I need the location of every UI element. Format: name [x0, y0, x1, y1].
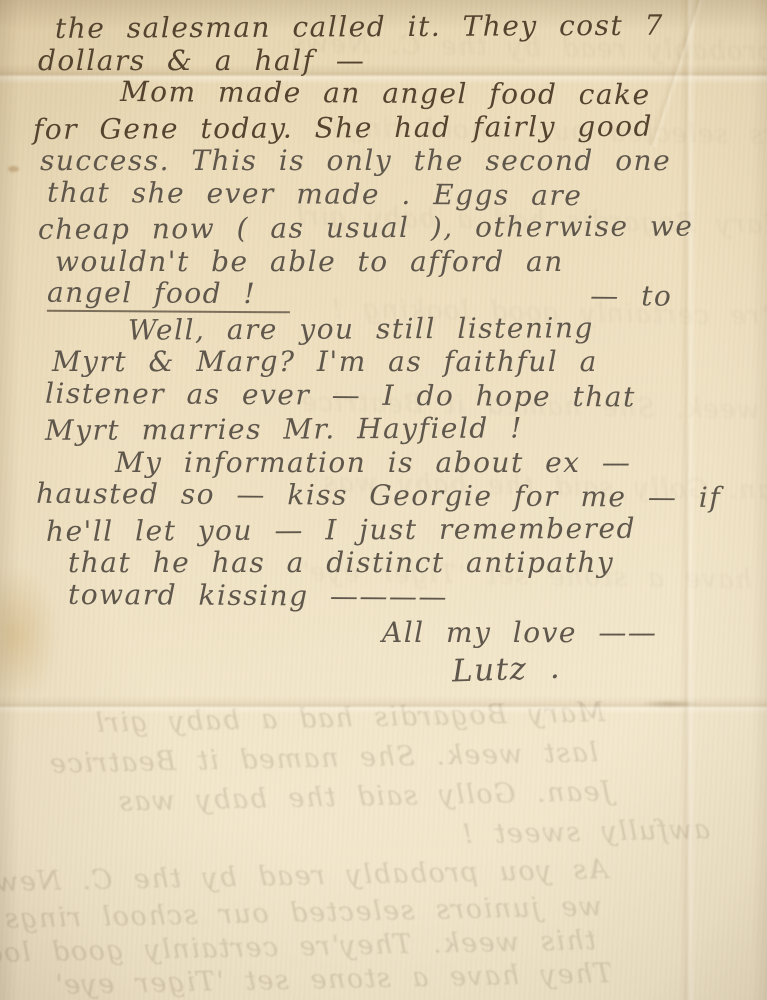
letter-closing: All my love —— — [382, 616, 767, 650]
letter-body: the salesman called it. They cost 7 doll… — [0, 10, 767, 683]
letter-line: dollars & a half — — [38, 44, 767, 78]
fold-pucker — [640, 700, 700, 708]
letter-line: angel food !— to — [47, 276, 767, 314]
letter-page: As you probably read by the C. News we j… — [0, 0, 767, 1000]
letter-line: listener as ever — I do hope that — [45, 376, 767, 414]
signature: Lutz . — [452, 644, 767, 688]
letter-line: the salesman called it. They cost 7 — [55, 8, 767, 45]
bleedthrough-line: awfully sweet ! — [150, 814, 711, 857]
letter-line: hausted so — kiss Georgie for me — if — [36, 477, 767, 515]
letter-line: wouldn't be able to afford an — [55, 245, 767, 279]
dash-flourish: — to — [590, 279, 672, 313]
bleedthrough-line: As you probably read by the C. News — [48, 854, 609, 897]
bleedthrough-line: Jean. Golly said the baby was — [52, 776, 613, 819]
letter-line: he'll let you — I just remembered — [46, 511, 767, 548]
letter-line: toward kissing ———— — [68, 577, 767, 615]
letter-line: Myrt marries Mr. Hayfield ! — [45, 410, 767, 447]
letter-line: My information is about ex — — [115, 446, 767, 480]
letter-line: that he has a distinct antipathy — [68, 546, 767, 580]
letter-line: Myrt & Marg? I'm as faithful a — [52, 345, 767, 379]
letter-line: Mom made an angel food cake — [120, 75, 767, 112]
letter-line: Well, are you still listening — [128, 310, 767, 347]
letter-line: cheap now ( as usual ), otherwise we — [38, 209, 767, 246]
letter-line: that she ever made . Eggs are — [47, 175, 767, 213]
underlined-phrase: angel food ! — [47, 276, 290, 313]
bleedthrough-line: last week. She named it Beatrice — [38, 737, 599, 780]
letter-line: for Gene today. She had fairly good — [33, 109, 767, 146]
letter-line: success. This is only the second one — [40, 144, 767, 178]
